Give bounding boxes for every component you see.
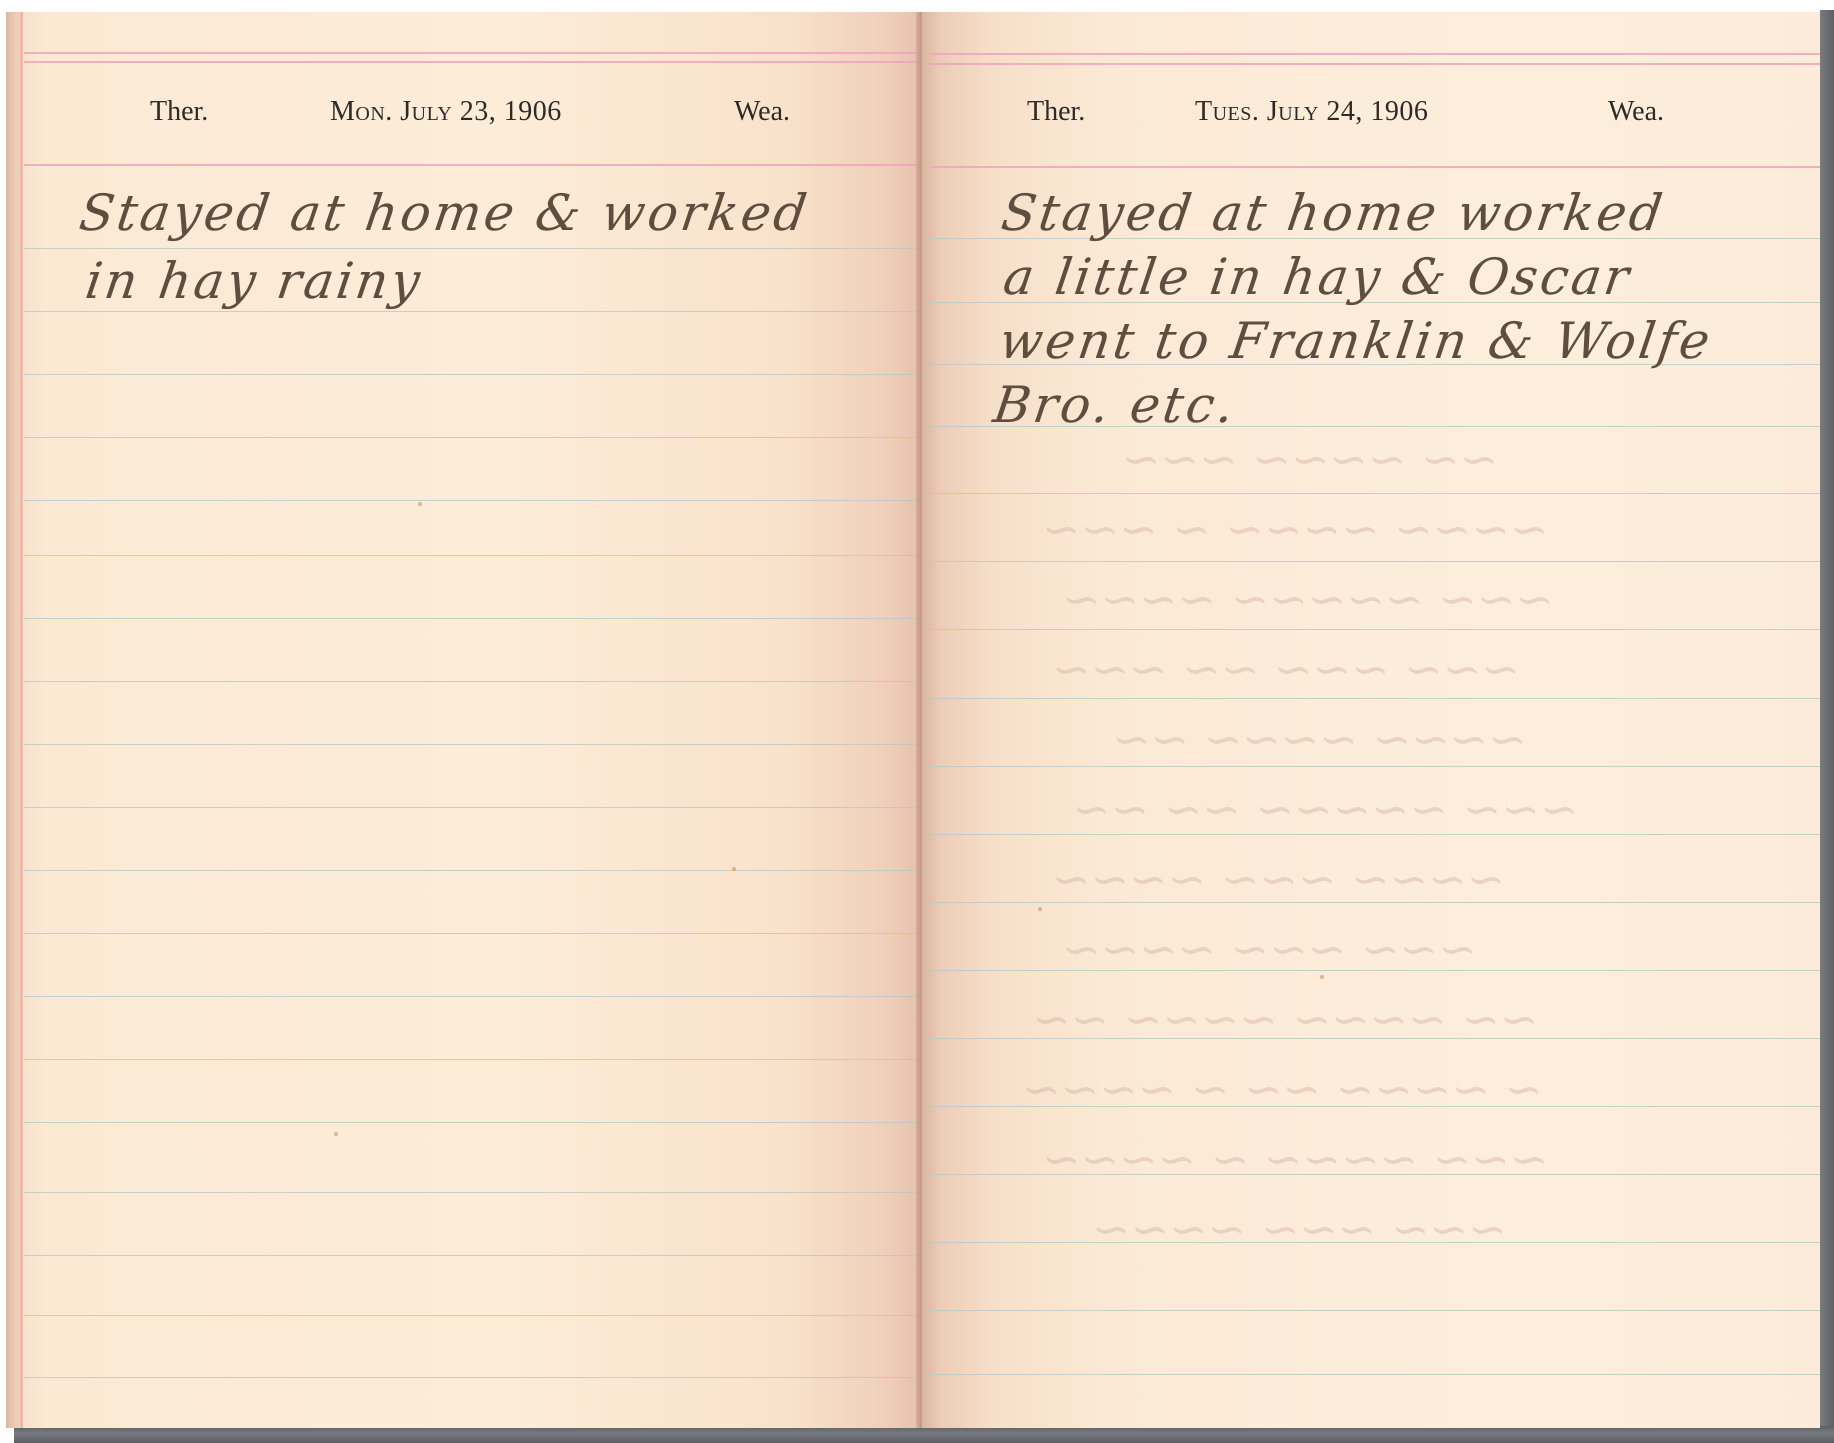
bleed-through-mark: ~~~~ ~~~ ~~~~ xyxy=(1052,852,1505,906)
ruled-line xyxy=(930,1310,1820,1311)
ruled-line xyxy=(930,561,1820,562)
diary-page-left: Ther. Mon. July 23, 1906 Wea. Stayed at … xyxy=(6,12,922,1428)
bleed-through-mark: ~~~ ~~~ ~~ ~~~ xyxy=(1052,642,1520,696)
bleed-through-mark: ~~~ ~~~ ~~~~ xyxy=(1092,1202,1507,1256)
bleed-through-mark: ~ ~~~~ ~~ ~ ~~~~ xyxy=(1022,1062,1543,1116)
book-edge-bottom xyxy=(14,1426,1834,1443)
ruled-line xyxy=(24,1122,922,1123)
ruled-line xyxy=(24,374,922,375)
header-top-rule xyxy=(930,53,1820,55)
bleed-through-mark: ~~ ~~~~ ~~~ xyxy=(1122,432,1498,486)
weather-label: Wea. xyxy=(734,96,790,128)
ruled-line xyxy=(24,1192,922,1193)
thermometer-label: Ther. xyxy=(150,96,208,128)
ruled-line xyxy=(24,500,922,501)
bleed-through-mark: ~~~ ~~~ ~~~~ xyxy=(1062,922,1477,976)
ruled-line xyxy=(24,1059,922,1060)
ruled-line xyxy=(930,766,1820,767)
header-bottom-rule xyxy=(24,164,922,166)
header-top-rule xyxy=(24,61,922,63)
bleed-through-mark: ~~~ ~~~~ ~ ~~~~ xyxy=(1042,1132,1548,1186)
ruled-line xyxy=(930,1374,1820,1375)
page-date: Mon. July 23, 1906 xyxy=(330,96,562,128)
bleed-through-mark: ~~~ ~~~~~ ~~~~ xyxy=(1062,572,1554,626)
book-edge-right xyxy=(1820,10,1834,1440)
ruled-line xyxy=(24,437,922,438)
ruled-line xyxy=(24,996,922,997)
entry-line-2: a little in hay & Oscar xyxy=(1000,248,1636,306)
bleed-through-mark: ~~~ ~~~~~ ~~ ~~ xyxy=(1072,782,1578,836)
bleed-through-mark: ~~ ~~~~ ~~~~ ~~ xyxy=(1032,992,1538,1046)
diary-page-right: Ther. Tues. July 24, 1906 Wea. Stayed at… xyxy=(922,12,1820,1428)
margin-rule xyxy=(20,12,23,1428)
paper-speck xyxy=(334,1132,338,1136)
entry-line-1: Stayed at home & worked xyxy=(76,184,813,242)
paper-speck xyxy=(418,502,422,506)
ruled-line xyxy=(930,698,1820,699)
entry-line-3: went to Franklin & Wolfe xyxy=(996,312,1716,370)
ruled-line xyxy=(24,248,922,249)
ruled-line xyxy=(24,555,922,556)
ruled-line xyxy=(930,629,1820,630)
header-bottom-rule xyxy=(930,166,1820,168)
bleed-through-mark: ~~~~ ~~~~ ~ ~~~ xyxy=(1042,502,1548,556)
ruled-line xyxy=(24,933,922,934)
ruled-line xyxy=(24,870,922,871)
weather-label: Wea. xyxy=(1608,96,1664,128)
page-date: Tues. July 24, 1906 xyxy=(1195,96,1428,128)
ruled-line xyxy=(930,493,1820,494)
page-header: Ther. Mon. July 23, 1906 Wea. xyxy=(6,90,922,140)
entry-line-1: Stayed at home worked xyxy=(998,184,1669,242)
ruled-line xyxy=(24,311,922,312)
paper-speck xyxy=(732,867,736,871)
ruled-line xyxy=(24,1255,922,1256)
ruled-line xyxy=(24,1377,922,1378)
bleed-through-mark: ~~~~ ~~~~ ~~ xyxy=(1112,712,1527,766)
ruled-line xyxy=(24,618,922,619)
ruled-line xyxy=(24,807,922,808)
paper-speck xyxy=(1320,975,1324,979)
header-top-rule xyxy=(930,63,1820,65)
thermometer-label: Ther. xyxy=(1027,96,1085,128)
paper-speck xyxy=(1038,907,1042,911)
entry-line-2: in hay rainy xyxy=(82,252,427,310)
page-header: Ther. Tues. July 24, 1906 Wea. xyxy=(922,90,1820,140)
ruled-line xyxy=(24,744,922,745)
entry-line-4: Bro. etc. xyxy=(990,376,1240,434)
ruled-line xyxy=(24,1315,922,1316)
header-top-rule xyxy=(24,52,922,54)
ruled-line xyxy=(24,681,922,682)
